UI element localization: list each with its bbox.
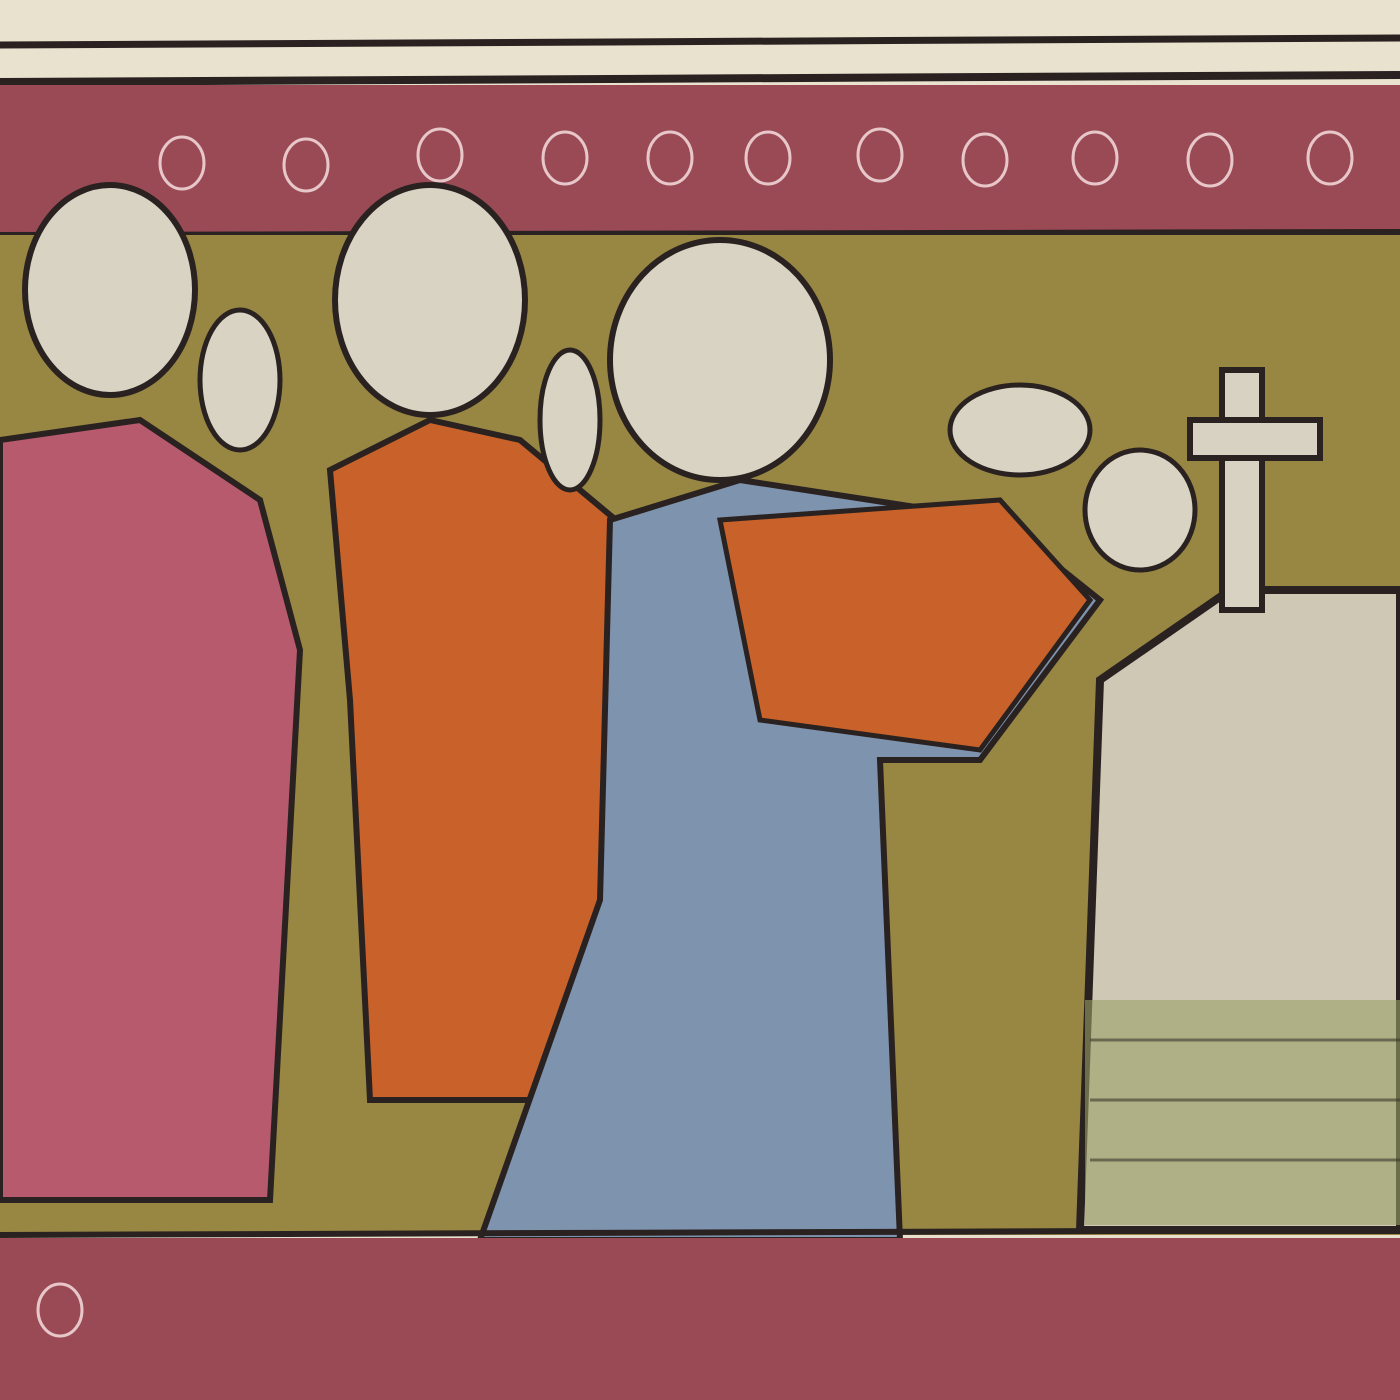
border-band-top: [0, 85, 1400, 235]
manuscript-illumination: [0, 0, 1400, 1400]
figure-pink-robe: [0, 185, 300, 1200]
illumination-svg: [0, 0, 1400, 1400]
border-band-bottom: [0, 1238, 1400, 1400]
brickwork: [1085, 1000, 1400, 1225]
